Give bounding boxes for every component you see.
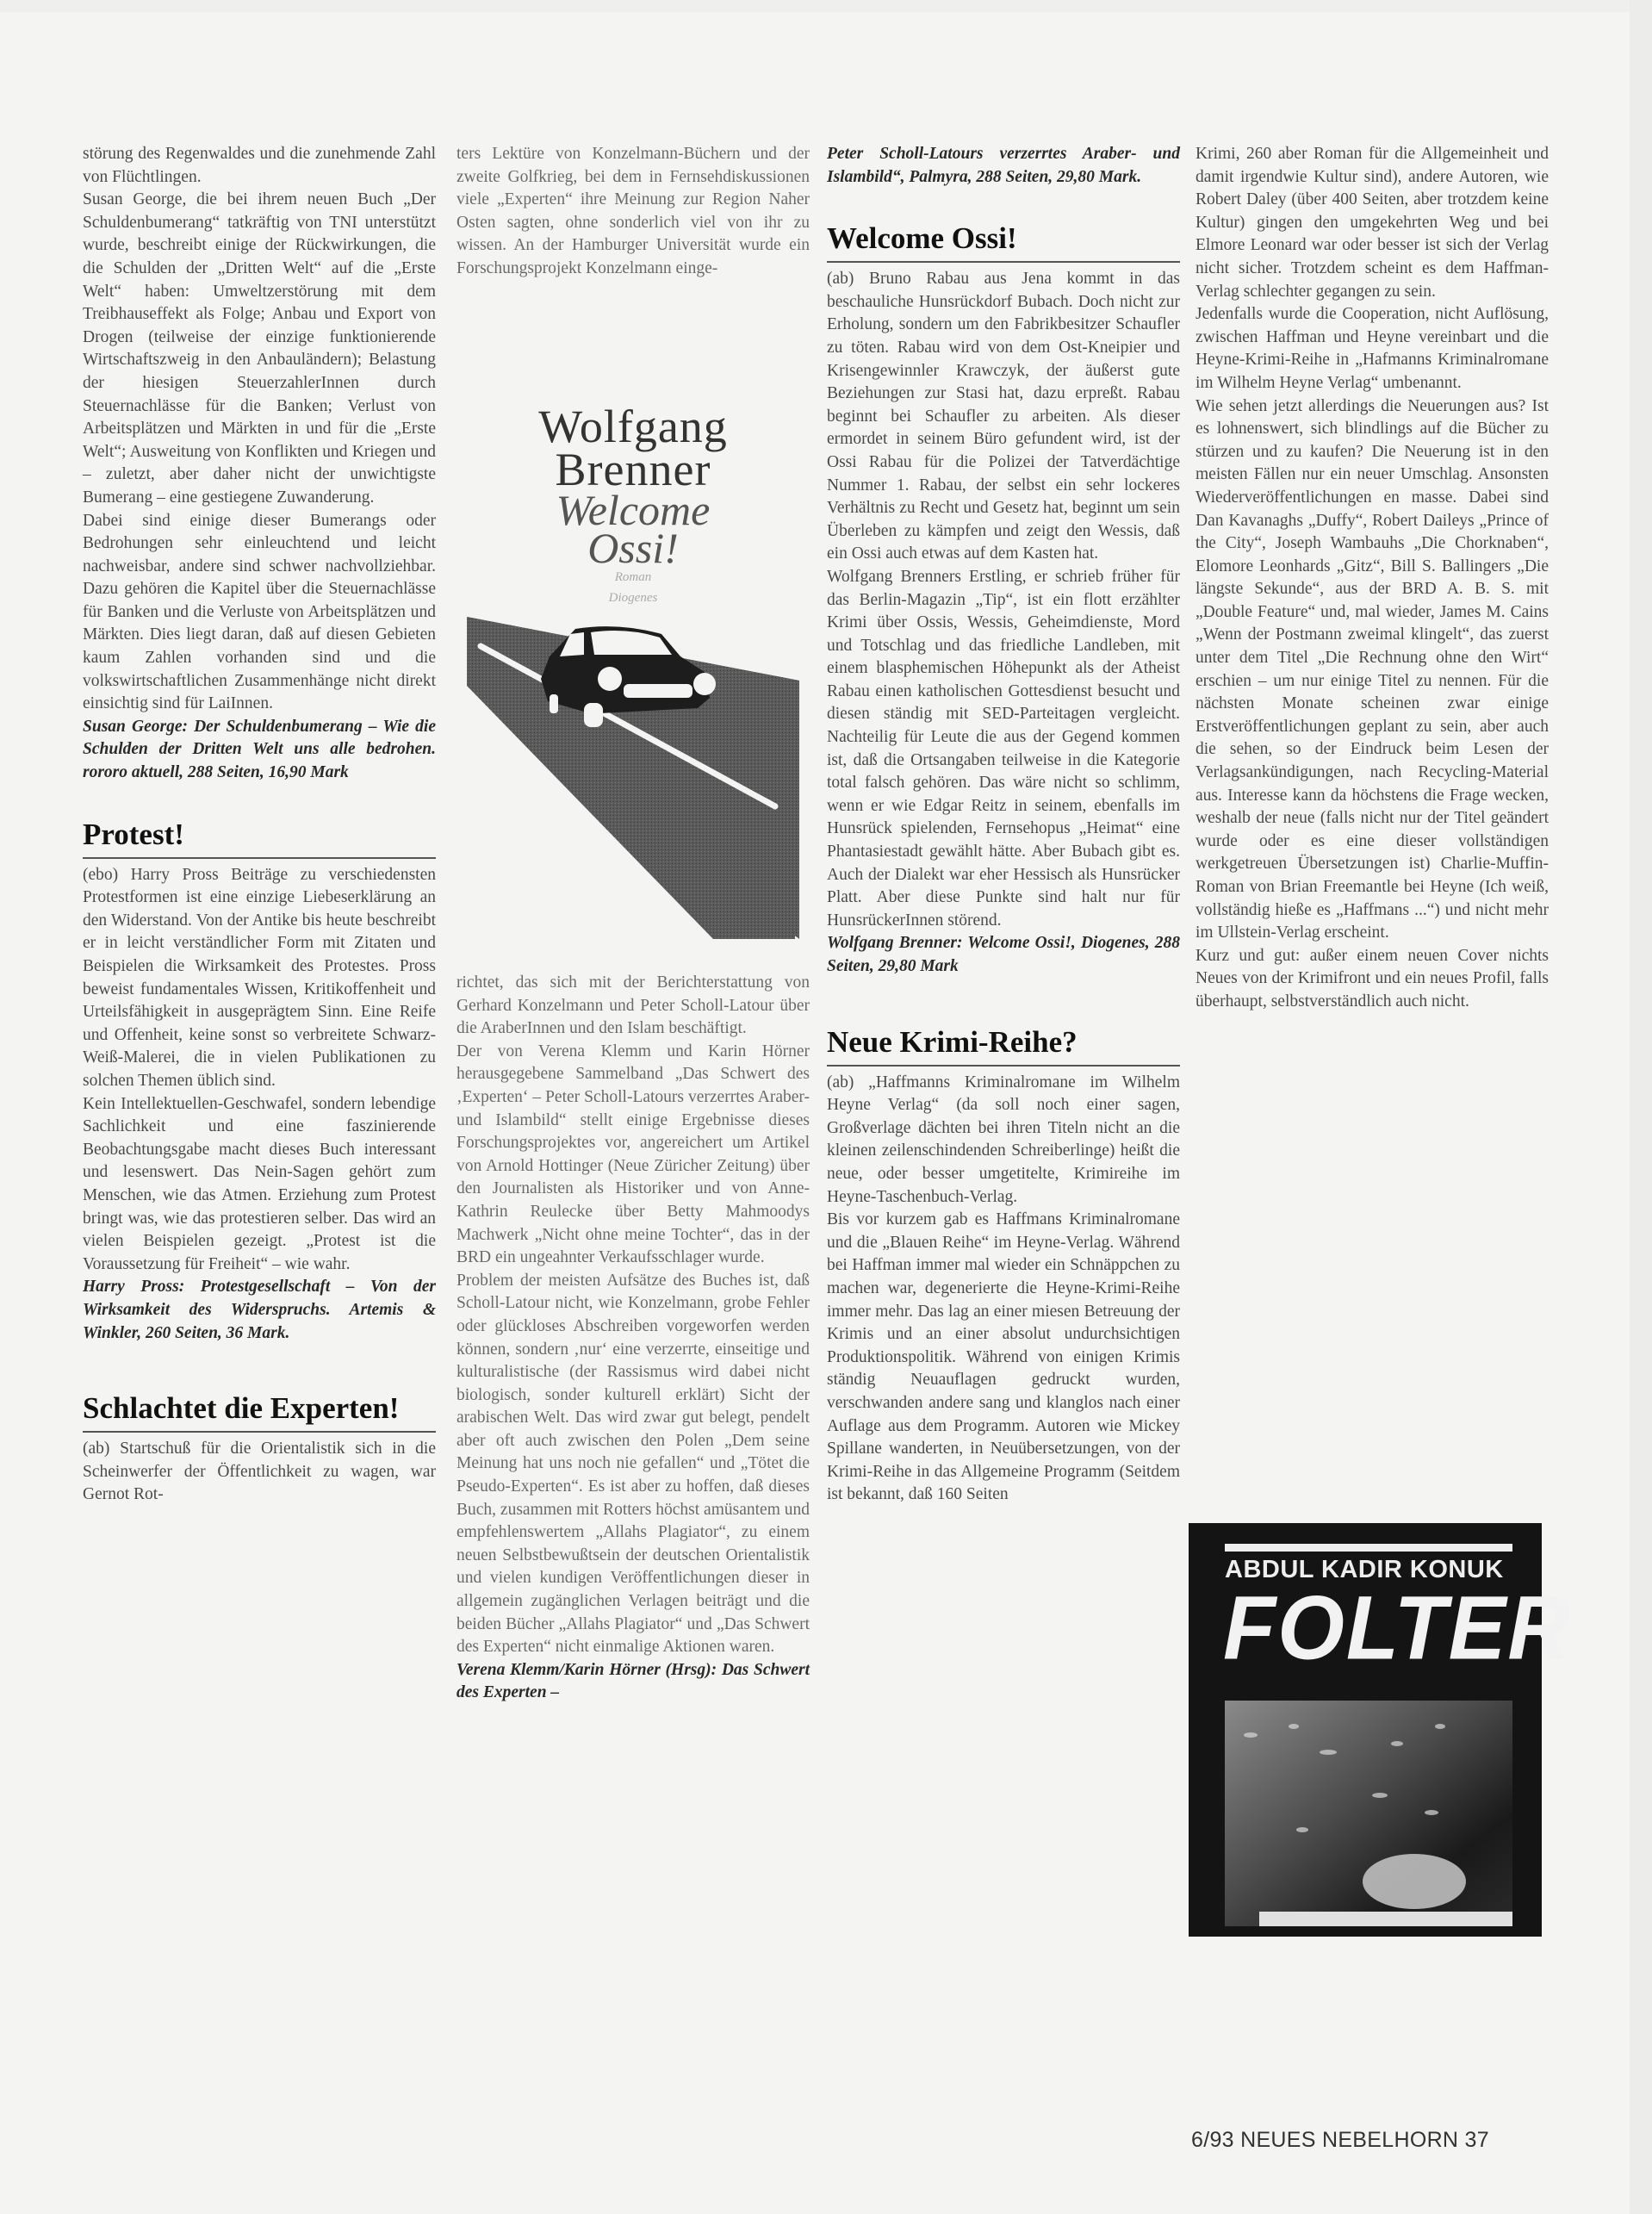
column-1: störung des Regenwaldes und die zunehmen…: [83, 143, 436, 1507]
column-3: Peter Scholl-Latours verzerrtes Araber- …: [827, 143, 1180, 1507]
book-citation: Verena Klemm/Karin Hörner (Hrsg): Das Sc…: [456, 1659, 810, 1705]
paragraph: Krimi, 260 aber Roman für die Allgemeinh…: [1196, 143, 1549, 303]
paragraph: störung des Regenwaldes und die zunehmen…: [83, 143, 436, 189]
cover-title: FOLTER: [1223, 1583, 1525, 1674]
paragraph: Problem der meisten Aufsätze des Buches …: [456, 1270, 810, 1659]
cover-author: Brenner: [455, 448, 811, 491]
article-neue-krimi-reihe: Neue Krimi-Reihe? (ab) „Haffmanns Krimin…: [827, 1023, 1180, 1507]
book-citation: Peter Scholl-Latours verzerrtes Araber- …: [827, 143, 1180, 189]
paragraph: Wie sehen jetzt allerdings die Neuerunge…: [1196, 395, 1549, 945]
article-headline: Welcome Ossi!: [827, 220, 1180, 263]
paragraph: Jedenfalls wurde die Cooperation, nicht …: [1196, 303, 1549, 395]
page-edge-top: [0, 0, 1652, 12]
book-citation: Susan George: Der Schuldenbumerang – Wie…: [83, 716, 436, 785]
article-protest: Protest! (ebo) Harry Pross Beiträge zu v…: [83, 816, 436, 1345]
cover-genre: Roman: [455, 567, 811, 588]
paragraph: ters Lektüre von Konzelmann-Büchern und …: [456, 143, 810, 281]
page-edge-right: [1630, 0, 1652, 2214]
car-on-road-illustration: [455, 612, 811, 939]
paragraph: Bis vor kurzem gab es Haffmans Kriminalr…: [827, 1209, 1180, 1507]
paragraph: Wolfgang Brenners Erstling, er schrieb f…: [827, 566, 1180, 933]
book-cover-folter: ABDUL KADIR KONUK FOLTER: [1189, 1523, 1542, 1937]
paragraph: Kein Intellektuellen-Geschwafel, sondern…: [83, 1093, 436, 1277]
book-citation: Harry Pross: Protestgesellschaft – Von d…: [83, 1276, 436, 1345]
article-schlachtet-die-experten: Schlachtet die Experten! (ab) Startschuß…: [83, 1390, 436, 1507]
paragraph: Kurz und gut: außer einem neuen Cover ni…: [1196, 945, 1549, 1014]
paragraph: (ebo) Harry Pross Beiträge zu verschiede…: [83, 864, 436, 1093]
paragraph: Der von Verena Klemm und Karin Hörner he…: [456, 1041, 810, 1270]
cover-title: Ossi!: [455, 529, 811, 567]
page-footer: 6/93 NEUES NEBELHORN 37: [1191, 2128, 1544, 2153]
column-2-continued: richtet, das sich mit der Berichterstatt…: [456, 972, 810, 1705]
cover-rule: [1225, 1544, 1512, 1552]
article-headline: Neue Krimi-Reihe?: [827, 1023, 1180, 1067]
article-headline: Schlachtet die Experten!: [83, 1390, 436, 1433]
column-2: ters Lektüre von Konzelmann-Büchern und …: [456, 143, 810, 281]
paragraph: Susan George, die bei ihrem neuen Buch „…: [83, 189, 436, 509]
article-welcome-ossi: Welcome Ossi! (ab) Bruno Rabau aus Jena …: [827, 220, 1180, 978]
article-headline: Protest!: [83, 816, 436, 859]
paragraph: Dabei sind einige dieser Bumerangs oder …: [83, 510, 436, 716]
paragraph: (ab) Startschuß für die Orientalistik si…: [83, 1438, 436, 1507]
cover-photo: [1225, 1701, 1512, 1926]
paragraph: (ab) Bruno Rabau aus Jena kommt in das b…: [827, 268, 1180, 566]
cover-author: Wolfgang: [455, 405, 811, 448]
book-cover-welcome-ossi: Wolfgang Brenner Welcome Ossi! Roman Dio…: [455, 405, 811, 939]
paragraph: (ab) „Haffmanns Kriminalromane im Wilhel…: [827, 1072, 1180, 1210]
cover-publisher: Diogenes: [455, 588, 811, 608]
column-4: Krimi, 260 aber Roman für die Allgemeinh…: [1196, 143, 1549, 1014]
paragraph: richtet, das sich mit der Berichterstatt…: [456, 972, 810, 1041]
book-citation: Wolfgang Brenner: Welcome Ossi!, Diogene…: [827, 932, 1180, 978]
